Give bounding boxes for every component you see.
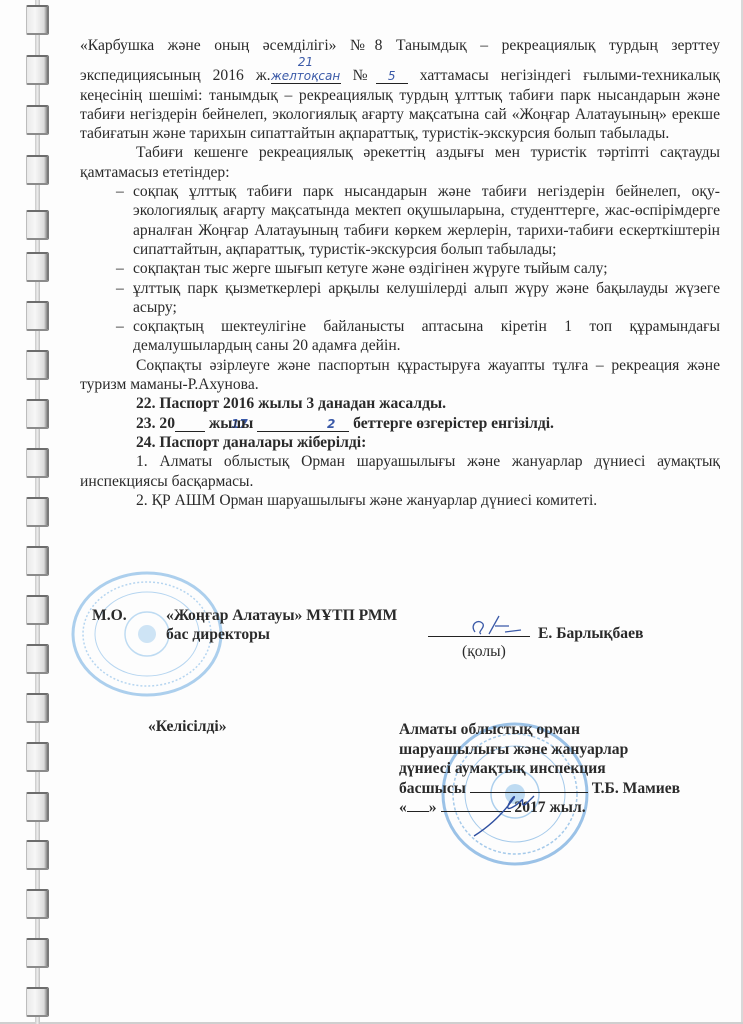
binding-coil xyxy=(26,546,49,576)
item-24: 24. Паспорт даналары жіберілді: xyxy=(80,433,720,452)
head-label: басшысы xyxy=(399,780,466,797)
list-item-text: ұлттық парк қызметкерлері арқылы келушіл… xyxy=(133,280,720,316)
binding-coil xyxy=(26,252,49,282)
organization-name: «Жоңғар Алатауы» МҰТП РММ xyxy=(166,606,397,625)
binding-coil xyxy=(26,595,49,625)
intro-number-sign: № xyxy=(353,67,376,84)
date-close-quote: » xyxy=(429,799,437,816)
binding-coil xyxy=(26,210,49,240)
handwritten-date: 21 желтоқсан xyxy=(271,55,341,84)
binding-coil xyxy=(26,938,49,968)
binding-coil xyxy=(26,889,49,919)
director-role: бас директоры xyxy=(166,625,270,644)
item-22: 22. Паспорт 2016 жылы 3 данадан жасалды. xyxy=(80,394,720,413)
dash-bullet: – xyxy=(116,182,124,201)
date-open-quote: « xyxy=(399,799,407,816)
dash-bullet: – xyxy=(116,279,124,298)
dash-bullet: – xyxy=(116,317,124,336)
head-name: Т.Б. Мамиев xyxy=(592,780,680,797)
inspection-line-3: дүниесі аумақтық инспекция xyxy=(399,759,680,779)
seal-label: М.О. xyxy=(92,606,127,625)
binding-coil xyxy=(26,301,49,331)
list-item-text: соқпақтың шектеулігіне байланысты аптасы… xyxy=(133,318,720,354)
signature-caption: (қолы) xyxy=(462,643,506,661)
handwritten-signature-icon xyxy=(470,790,550,840)
inspection-line-2: шаруашылығы және жануарлар xyxy=(399,740,680,760)
scanned-page: «Карбушка және оның әсемділігі» №8 Таным… xyxy=(0,0,743,1024)
item-23-middle: жылы xyxy=(209,415,253,432)
binding-coil xyxy=(26,399,49,429)
list-item: –ұлттық парк қызметкерлері арқылы келуші… xyxy=(80,279,720,318)
binding-coil xyxy=(26,840,49,870)
binding-coil xyxy=(26,693,49,723)
measures-list: –соқпақ ұлттық табиғи парк нысандарын жә… xyxy=(80,182,720,356)
binding-coil xyxy=(26,792,49,822)
list-item: –соқпақтан тыс жерге шығып кетуге және ө… xyxy=(80,259,720,278)
list-item: –соқпақ ұлттық табиғи парк нысандарын жә… xyxy=(80,182,720,259)
inspection-line-1: Алматы облыстық орман xyxy=(399,720,680,740)
dash-bullet: – xyxy=(116,259,124,278)
item-23-suffix: беттерге өзгерістер енгізілді. xyxy=(353,415,554,432)
handwritten-year: 17 xyxy=(175,417,205,432)
binding-coil xyxy=(26,5,49,35)
recipient-2: 2. ҚР АШМ Орман шаруашылығы және жануарл… xyxy=(80,491,720,510)
binding-coil xyxy=(26,55,49,85)
handwritten-signature-icon xyxy=(465,612,525,638)
intro-paragraph: «Карбушка және оның әсемділігі» №8 Таным… xyxy=(80,36,720,143)
binding-coil xyxy=(26,350,49,380)
binding-coil xyxy=(26,742,49,772)
list-item-text: соқпақтан тыс жерге шығып кетуге және өз… xyxy=(133,260,608,277)
signature-line xyxy=(428,636,530,637)
binding-coil xyxy=(26,644,49,674)
binding-coil xyxy=(26,497,49,527)
binding-coil xyxy=(26,448,49,478)
handwritten-pages: 2 xyxy=(257,417,349,432)
item-23: 23. 2017 жылы 2 беттерге өзгерістер енгі… xyxy=(80,414,720,433)
binding-coil xyxy=(26,105,49,135)
spiral-binding-icon xyxy=(0,0,60,1024)
document-body: «Карбушка және оның әсемділігі» №8 Таным… xyxy=(80,36,720,510)
list-item: –соқпақтың шектеулігіне байланысты аптас… xyxy=(80,317,720,356)
signer-name: Е. Барлықбаев xyxy=(538,625,643,643)
binding-coil xyxy=(26,155,49,185)
binding-coil xyxy=(26,987,49,1017)
handwritten-protocol-number: 5 xyxy=(376,69,408,84)
ensure-paragraph: Табиғи кешенге рекреациялық әрекеттің аз… xyxy=(80,143,720,182)
item-23-prefix: 23. 20 xyxy=(136,415,175,432)
recipient-1: 1. Алматы облыстық Орман шаруашылығы жән… xyxy=(80,452,720,491)
day-blank xyxy=(407,799,429,812)
agreed-label: «Келісілді» xyxy=(148,718,227,736)
list-item-text: соқпақ ұлттық табиғи парк нысандарын жән… xyxy=(133,183,720,258)
responsible-paragraph: Соқпақты әзірлеуге және паспортын құраст… xyxy=(80,356,720,395)
